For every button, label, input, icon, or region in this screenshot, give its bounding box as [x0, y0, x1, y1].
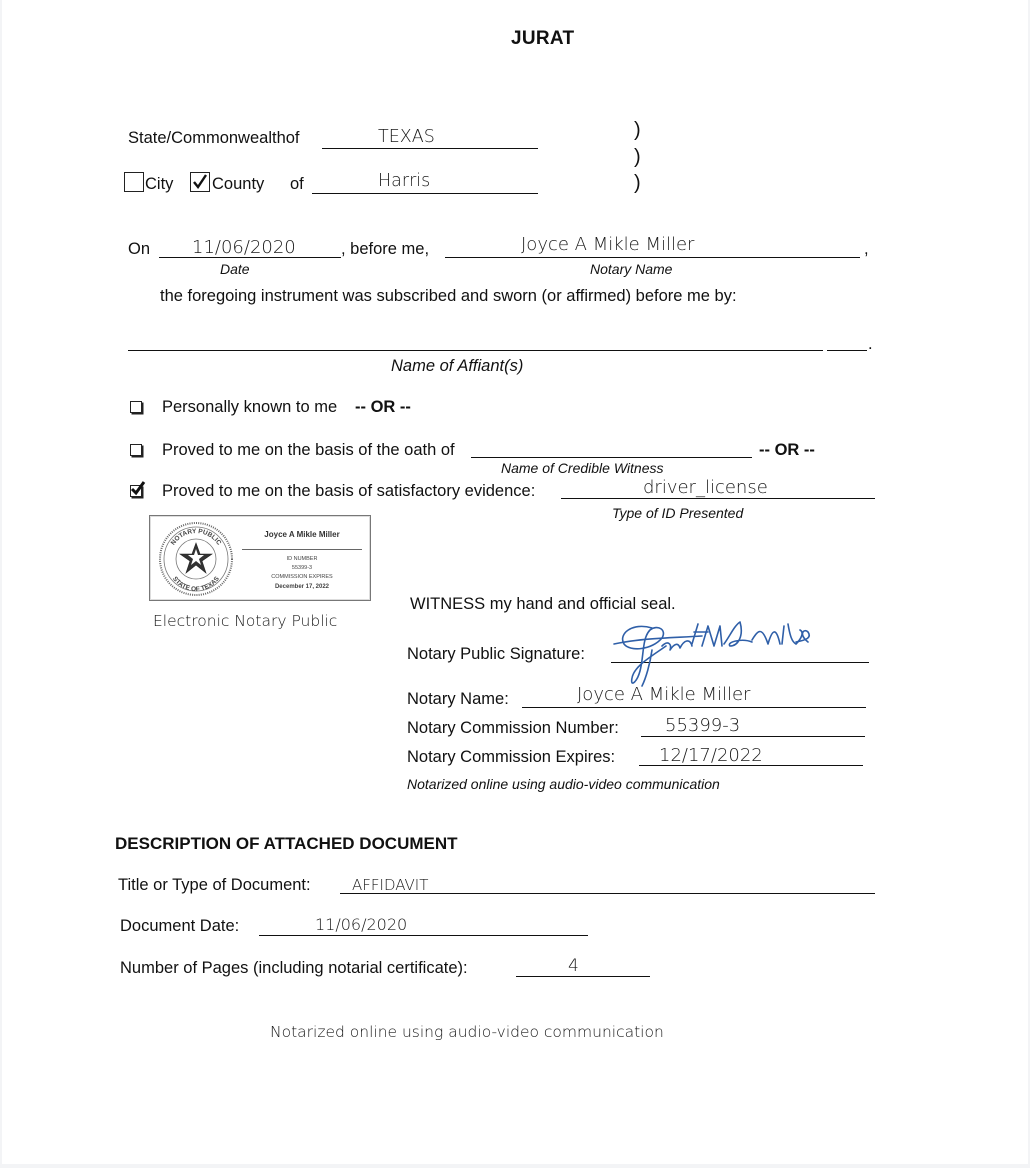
document-date-label: Document Date: [120, 917, 239, 936]
page-title: JURAT [511, 28, 574, 50]
city-checkbox[interactable] [124, 172, 144, 192]
seal-expires-label: COMMISSION EXPIRES [242, 574, 362, 580]
county-checkbox[interactable] [190, 172, 210, 192]
credible-witness-label: Proved to me on the basis of the oath of [162, 441, 455, 460]
date-caption: Date [220, 261, 250, 277]
id-type-caption: Type of ID Presented [612, 505, 743, 521]
document-date-line [259, 935, 588, 936]
signature-label: Notary Public Signature: [407, 645, 585, 664]
county-field-line [312, 193, 538, 194]
bracket-paren: ) [634, 146, 641, 169]
notary-name-label: Notary Name: [407, 690, 509, 709]
jurat-date-field[interactable]: 11/06/2020 [192, 237, 296, 258]
on-label: On [128, 240, 150, 259]
footer-notarization-note: Notarized online using audio-video commu… [270, 1023, 664, 1041]
state-label: State/Commonwealthof [128, 129, 300, 148]
personally-known-label: Personally known to me [162, 398, 337, 417]
notary-name-line [445, 257, 860, 258]
bracket-paren: ) [634, 119, 641, 142]
signature-scribble-icon [612, 616, 822, 691]
seal-caption: Electronic Notary Public [153, 612, 337, 630]
document-title-field[interactable]: AFFIDAVIT [352, 876, 428, 894]
notary-name-field[interactable]: Joyce A Mikle Miller [577, 684, 750, 705]
notary-name-caption: Notary Name [590, 261, 672, 277]
state-field-line [322, 148, 538, 149]
commission-expires-label: Notary Commission Expires: [407, 748, 615, 767]
personally-known-checkbox[interactable] [130, 401, 142, 413]
county-label: County [212, 175, 264, 194]
id-type-line [561, 498, 875, 499]
trailing-period: . [868, 335, 873, 354]
or-separator: -- OR -- [759, 441, 815, 460]
page-count-field[interactable]: 4 [568, 956, 579, 976]
document-date-field[interactable]: 11/06/2020 [315, 915, 407, 934]
page-count-label: Number of Pages (including notarial cert… [120, 959, 468, 978]
credible-witness-caption: Name of Credible Witness [501, 460, 664, 476]
satisfactory-evidence-label: Proved to me on the basis of satisfactor… [162, 482, 535, 501]
notary-signature [612, 616, 822, 691]
affiant-line [128, 350, 823, 351]
checkmark-icon [130, 480, 146, 496]
commission-number-field[interactable]: 55399-3 [665, 715, 740, 736]
seal-expires-value: December 17, 2022 [242, 584, 362, 590]
witness-statement: WITNESS my hand and official seal. [410, 595, 676, 614]
credible-witness-checkbox[interactable] [130, 444, 142, 456]
commission-number-label: Notary Commission Number: [407, 719, 619, 738]
before-me-label: , before me, [341, 240, 429, 259]
commission-number-line [641, 736, 865, 737]
seal-id-label: ID NUMBER [242, 556, 362, 562]
document-title-label: Title or Type of Document: [118, 876, 311, 895]
attached-document-heading: DESCRIPTION OF ATTACHED DOCUMENT [115, 834, 458, 854]
notary-name-field-line [522, 707, 866, 708]
or-separator: -- OR -- [355, 398, 411, 417]
jurat-page: JURAT State/Commonwealthof TEXAS City Co… [2, 0, 1028, 1164]
notary-seal-stamp: NOTARY PUBLIC STATE OF TEXAS Joyce A Mik… [149, 515, 371, 601]
credible-witness-line [471, 457, 752, 458]
commission-expires-field[interactable]: 12/17/2022 [659, 745, 763, 766]
jurat-notary-name-field[interactable]: Joyce A Mikle Miller [521, 234, 694, 255]
id-type-field[interactable]: driver_license [643, 477, 768, 498]
city-label: City [145, 175, 173, 194]
seal-divider [242, 549, 362, 550]
of-label: of [290, 175, 304, 194]
checkmark-icon [191, 173, 209, 191]
county-field[interactable]: Harris [378, 171, 430, 191]
satisfactory-evidence-checkbox[interactable] [130, 485, 142, 497]
seal-id-value: 55399-3 [242, 565, 362, 571]
seal-notary-name: Joyce A Mikle Miller [242, 530, 362, 539]
trailing-comma: , [864, 240, 869, 259]
page-count-line [516, 976, 650, 977]
bracket-paren: ) [634, 172, 641, 195]
state-field[interactable]: TEXAS [378, 127, 435, 147]
affiant-line-extension [827, 350, 867, 351]
sworn-statement: the foregoing instrument was subscribed … [160, 287, 737, 306]
affiant-caption: Name of Affiant(s) [391, 357, 523, 376]
online-notarization-note: Notarized online using audio-video commu… [407, 776, 720, 792]
texas-notary-seal-icon: NOTARY PUBLIC STATE OF TEXAS [156, 519, 236, 599]
